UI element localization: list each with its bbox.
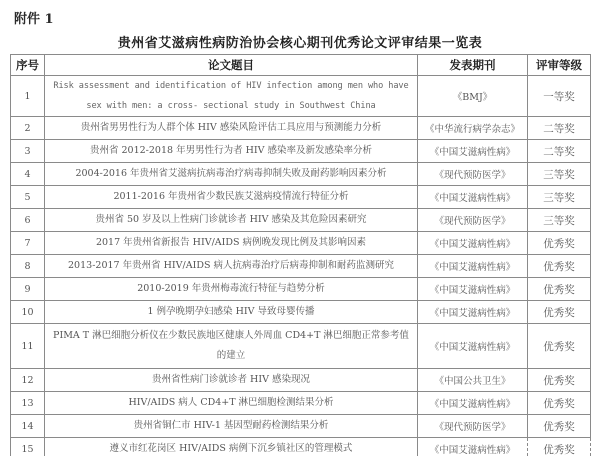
row-journal: 《中国艾滋病性病》 bbox=[418, 438, 528, 456]
row-title: 贵州省性病门诊就诊者 HIV 感染现况 bbox=[45, 369, 418, 392]
row-title: 贵州省 50 岁及以上性病门诊就诊者 HIV 感染及其危险因素研究 bbox=[45, 209, 418, 232]
table-row: 5 2011-2016 年贵州省少数民族艾滋病疫情流行特征分析 《中国艾滋病性病… bbox=[11, 186, 591, 209]
row-number: 14 bbox=[11, 415, 45, 438]
table-row: 1 Risk assessment and identification of … bbox=[11, 76, 591, 117]
table-row: 14 贵州省铜仁市 HIV-1 基因型耐药检测结果分析 《现代预防医学》 优秀奖 bbox=[11, 415, 591, 438]
row-grade: 优秀奖 bbox=[528, 324, 591, 369]
row-grade: 优秀奖 bbox=[528, 392, 591, 415]
row-title: Risk assessment and identification of HI… bbox=[45, 76, 418, 117]
attachment-label: 附件 1 bbox=[14, 8, 54, 27]
row-title: 遵义市红花岗区 HIV/AIDS 病例下沉乡镇社区的管理模式 bbox=[45, 438, 418, 456]
table-row: 6 贵州省 50 岁及以上性病门诊就诊者 HIV 感染及其危险因素研究 《现代预… bbox=[11, 209, 591, 232]
table-row: 15 遵义市红花岗区 HIV/AIDS 病例下沉乡镇社区的管理模式 《中国艾滋病… bbox=[11, 438, 591, 456]
row-grade: 三等奖 bbox=[528, 186, 591, 209]
table-row: 12 贵州省性病门诊就诊者 HIV 感染现况 《中国公共卫生》 优秀奖 bbox=[11, 369, 591, 392]
row-journal: 《中国艾滋病性病》 bbox=[418, 278, 528, 301]
table-row: 8 2013-2017 年贵州省 HIV/AIDS 病人抗病毒治疗后病毒抑制和耐… bbox=[11, 255, 591, 278]
row-number: 8 bbox=[11, 255, 45, 278]
header-title: 论文题目 bbox=[45, 55, 418, 76]
table-row: 9 2010-2019 年贵州梅毒流行特征与趋势分析 《中国艾滋病性病》 优秀奖 bbox=[11, 278, 591, 301]
row-number: 10 bbox=[11, 301, 45, 324]
header-journal: 发表期刊 bbox=[418, 55, 528, 76]
row-journal: 《中华流行病学杂志》 bbox=[418, 117, 528, 140]
row-number: 7 bbox=[11, 232, 45, 255]
row-grade: 优秀奖 bbox=[528, 278, 591, 301]
table-row: 11 PIMA T 淋巴细胞分析仪在少数民族地区健康人外周血 CD4+T 淋巴细… bbox=[11, 324, 591, 369]
row-journal: 《中国艾滋病性病》 bbox=[418, 301, 528, 324]
row-number: 11 bbox=[11, 324, 45, 369]
row-grade: 三等奖 bbox=[528, 209, 591, 232]
table-row: 2 贵州省男男性行为人群个体 HIV 感染风险评估工具应用与预测能力分析 《中华… bbox=[11, 117, 591, 140]
header-number: 序号 bbox=[11, 55, 45, 76]
row-title: HIV/AIDS 病人 CD4+T 淋巴细胞检测结果分析 bbox=[45, 392, 418, 415]
row-number: 15 bbox=[11, 438, 45, 456]
row-journal: 《中国艾滋病性病》 bbox=[418, 232, 528, 255]
row-title: 贵州省铜仁市 HIV-1 基因型耐药检测结果分析 bbox=[45, 415, 418, 438]
row-title: 贵州省男男性行为人群个体 HIV 感染风险评估工具应用与预测能力分析 bbox=[45, 117, 418, 140]
row-journal: 《BMJ》 bbox=[418, 76, 528, 117]
row-journal: 《现代预防医学》 bbox=[418, 163, 528, 186]
row-grade: 优秀奖 bbox=[528, 438, 591, 456]
row-journal: 《中国艾滋病性病》 bbox=[418, 324, 528, 369]
row-number: 1 bbox=[11, 76, 45, 117]
row-number: 5 bbox=[11, 186, 45, 209]
results-table: 序号 论文题目 发表期刊 评审等级 1 Risk assessment and … bbox=[10, 54, 591, 456]
row-grade: 二等奖 bbox=[528, 117, 591, 140]
row-grade: 二等奖 bbox=[528, 140, 591, 163]
row-number: 13 bbox=[11, 392, 45, 415]
row-journal: 《中国艾滋病性病》 bbox=[418, 255, 528, 278]
row-grade: 优秀奖 bbox=[528, 301, 591, 324]
row-title: 2010-2019 年贵州梅毒流行特征与趋势分析 bbox=[45, 278, 418, 301]
row-journal: 《中国艾滋病性病》 bbox=[418, 392, 528, 415]
row-title: PIMA T 淋巴细胞分析仪在少数民族地区健康人外周血 CD4+T 淋巴细胞正常… bbox=[45, 324, 418, 369]
row-number: 3 bbox=[11, 140, 45, 163]
row-journal: 《中国艾滋病性病》 bbox=[418, 186, 528, 209]
row-journal: 《中国艾滋病性病》 bbox=[418, 140, 528, 163]
row-grade: 三等奖 bbox=[528, 163, 591, 186]
header-grade: 评审等级 bbox=[528, 55, 591, 76]
row-grade: 优秀奖 bbox=[528, 415, 591, 438]
row-journal: 《中国公共卫生》 bbox=[418, 369, 528, 392]
row-title: 2004-2016 年贵州省艾滋病抗病毒治疗病毒抑制失败及耐药影响因素分析 bbox=[45, 163, 418, 186]
row-title: 2011-2016 年贵州省少数民族艾滋病疫情流行特征分析 bbox=[45, 186, 418, 209]
row-number: 12 bbox=[11, 369, 45, 392]
table-header-row: 序号 论文题目 发表期刊 评审等级 bbox=[11, 55, 591, 76]
row-grade: 一等奖 bbox=[528, 76, 591, 117]
table-row: 7 2017 年贵州省新报告 HIV/AIDS 病例晚发现比例及其影响因素 《中… bbox=[11, 232, 591, 255]
table-row: 13 HIV/AIDS 病人 CD4+T 淋巴细胞检测结果分析 《中国艾滋病性病… bbox=[11, 392, 591, 415]
row-number: 4 bbox=[11, 163, 45, 186]
table-row: 3 贵州省 2012-2018 年男男性行为者 HIV 感染率及新发感染率分析 … bbox=[11, 140, 591, 163]
row-grade: 优秀奖 bbox=[528, 369, 591, 392]
row-title: 2017 年贵州省新报告 HIV/AIDS 病例晚发现比例及其影响因素 bbox=[45, 232, 418, 255]
row-title: 贵州省 2012-2018 年男男性行为者 HIV 感染率及新发感染率分析 bbox=[45, 140, 418, 163]
row-number: 2 bbox=[11, 117, 45, 140]
table-row: 4 2004-2016 年贵州省艾滋病抗病毒治疗病毒抑制失败及耐药影响因素分析 … bbox=[11, 163, 591, 186]
table-row: 10 1 例孕晚期孕妇感染 HIV 导致母婴传播 《中国艾滋病性病》 优秀奖 bbox=[11, 301, 591, 324]
row-grade: 优秀奖 bbox=[528, 232, 591, 255]
row-title: 2013-2017 年贵州省 HIV/AIDS 病人抗病毒治疗后病毒抑制和耐药监… bbox=[45, 255, 418, 278]
row-journal: 《现代预防医学》 bbox=[418, 209, 528, 232]
row-title: 1 例孕晚期孕妇感染 HIV 导致母婴传播 bbox=[45, 301, 418, 324]
row-journal: 《现代预防医学》 bbox=[418, 415, 528, 438]
document-title: 贵州省艾滋病性病防治协会核心期刊优秀论文评审结果一览表 bbox=[0, 32, 600, 51]
row-number: 9 bbox=[11, 278, 45, 301]
row-grade: 优秀奖 bbox=[528, 255, 591, 278]
row-number: 6 bbox=[11, 209, 45, 232]
